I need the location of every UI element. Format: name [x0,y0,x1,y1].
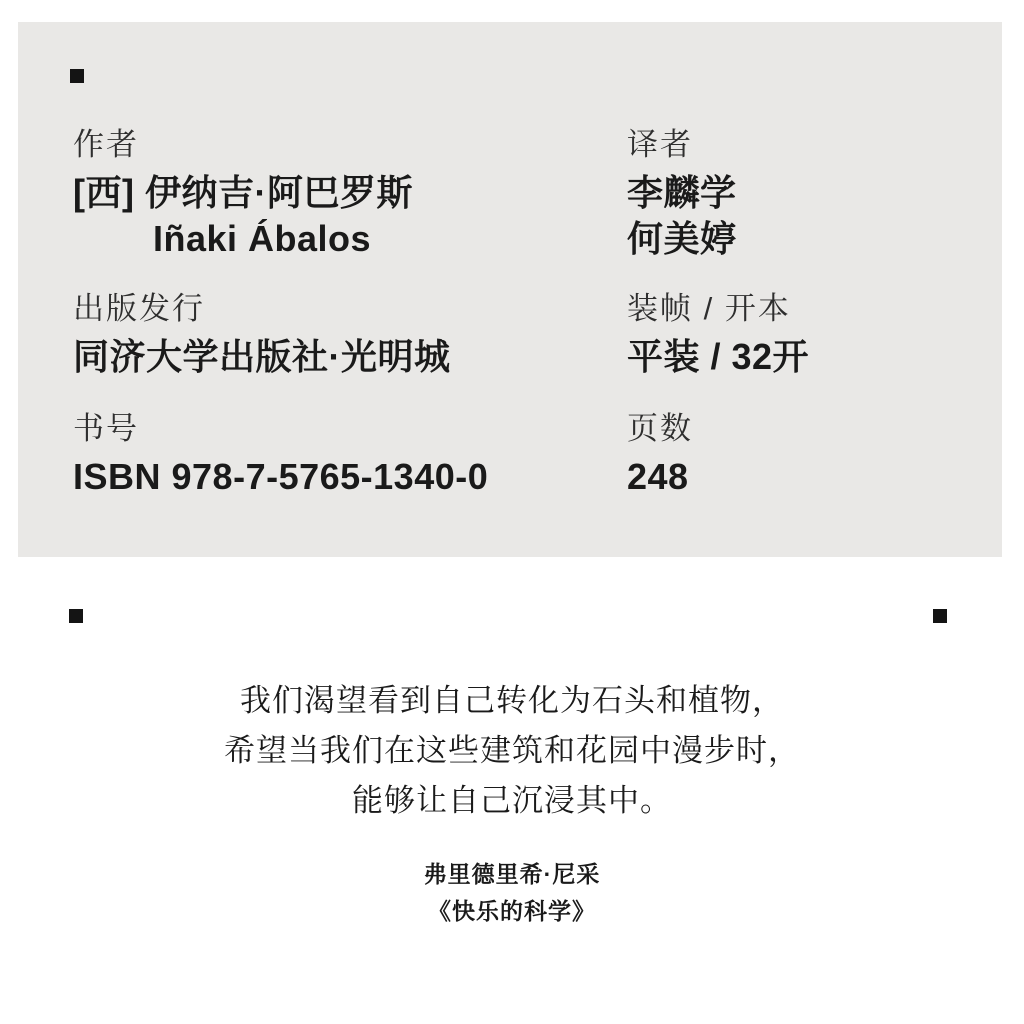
quote-block: 我们渴望看到自己转化为石头和植物， 希望当我们在这些建筑和花园中漫步时， 能够让… [0,676,1024,826]
binding-format-field: 装帧 / 开本 平装 / 32开 [627,290,809,380]
publisher-value: 同济大学出版社·光明城 [73,334,451,380]
author-name-latin: Iñaki Ábalos [73,216,413,262]
pages-label: 页数 [627,410,693,448]
author-name-cn: [西] 伊纳吉·阿巴罗斯 [73,170,413,216]
book-info-card: 作者 [西] 伊纳吉·阿巴罗斯 Iñaki Ábalos 译者 李麟学 何美婷 … [18,22,1002,557]
publisher-field: 出版发行 同济大学出版社·光明城 [73,290,451,380]
pages-field: 页数 248 [627,410,693,500]
quote-attribution: 弗里德里希·尼采 《快乐的科学》 [0,856,1024,930]
translator-label: 译者 [627,126,737,164]
binding-format-value: 平装 / 32开 [627,334,809,380]
quote-source: 《快乐的科学》 [0,893,1024,930]
pages-value: 248 [627,454,693,500]
quote-author: 弗里德里希·尼采 [0,856,1024,893]
black-square-icon [933,609,947,623]
publisher-label: 出版发行 [73,290,451,328]
binding-format-label: 装帧 / 开本 [627,290,809,328]
black-square-icon [70,69,84,83]
author-label: 作者 [73,126,413,164]
isbn-field: 书号 ISBN 978-7-5765-1340-0 [73,410,488,500]
isbn-value: ISBN 978-7-5765-1340-0 [73,454,488,500]
isbn-label: 书号 [73,410,488,448]
translator-name-2: 何美婷 [627,216,737,262]
translator-name-1: 李麟学 [627,170,737,216]
black-square-icon [69,609,83,623]
translator-field: 译者 李麟学 何美婷 [627,126,737,262]
author-field: 作者 [西] 伊纳吉·阿巴罗斯 Iñaki Ábalos [73,126,413,262]
quote-line-1: 我们渴望看到自己转化为石头和植物， [0,676,1024,726]
book-info-page: 作者 [西] 伊纳吉·阿巴罗斯 Iñaki Ábalos 译者 李麟学 何美婷 … [0,0,1024,1024]
quote-line-3: 能够让自己沉浸其中。 [0,776,1024,826]
quote-line-2: 希望当我们在这些建筑和花园中漫步时， [0,726,1024,776]
